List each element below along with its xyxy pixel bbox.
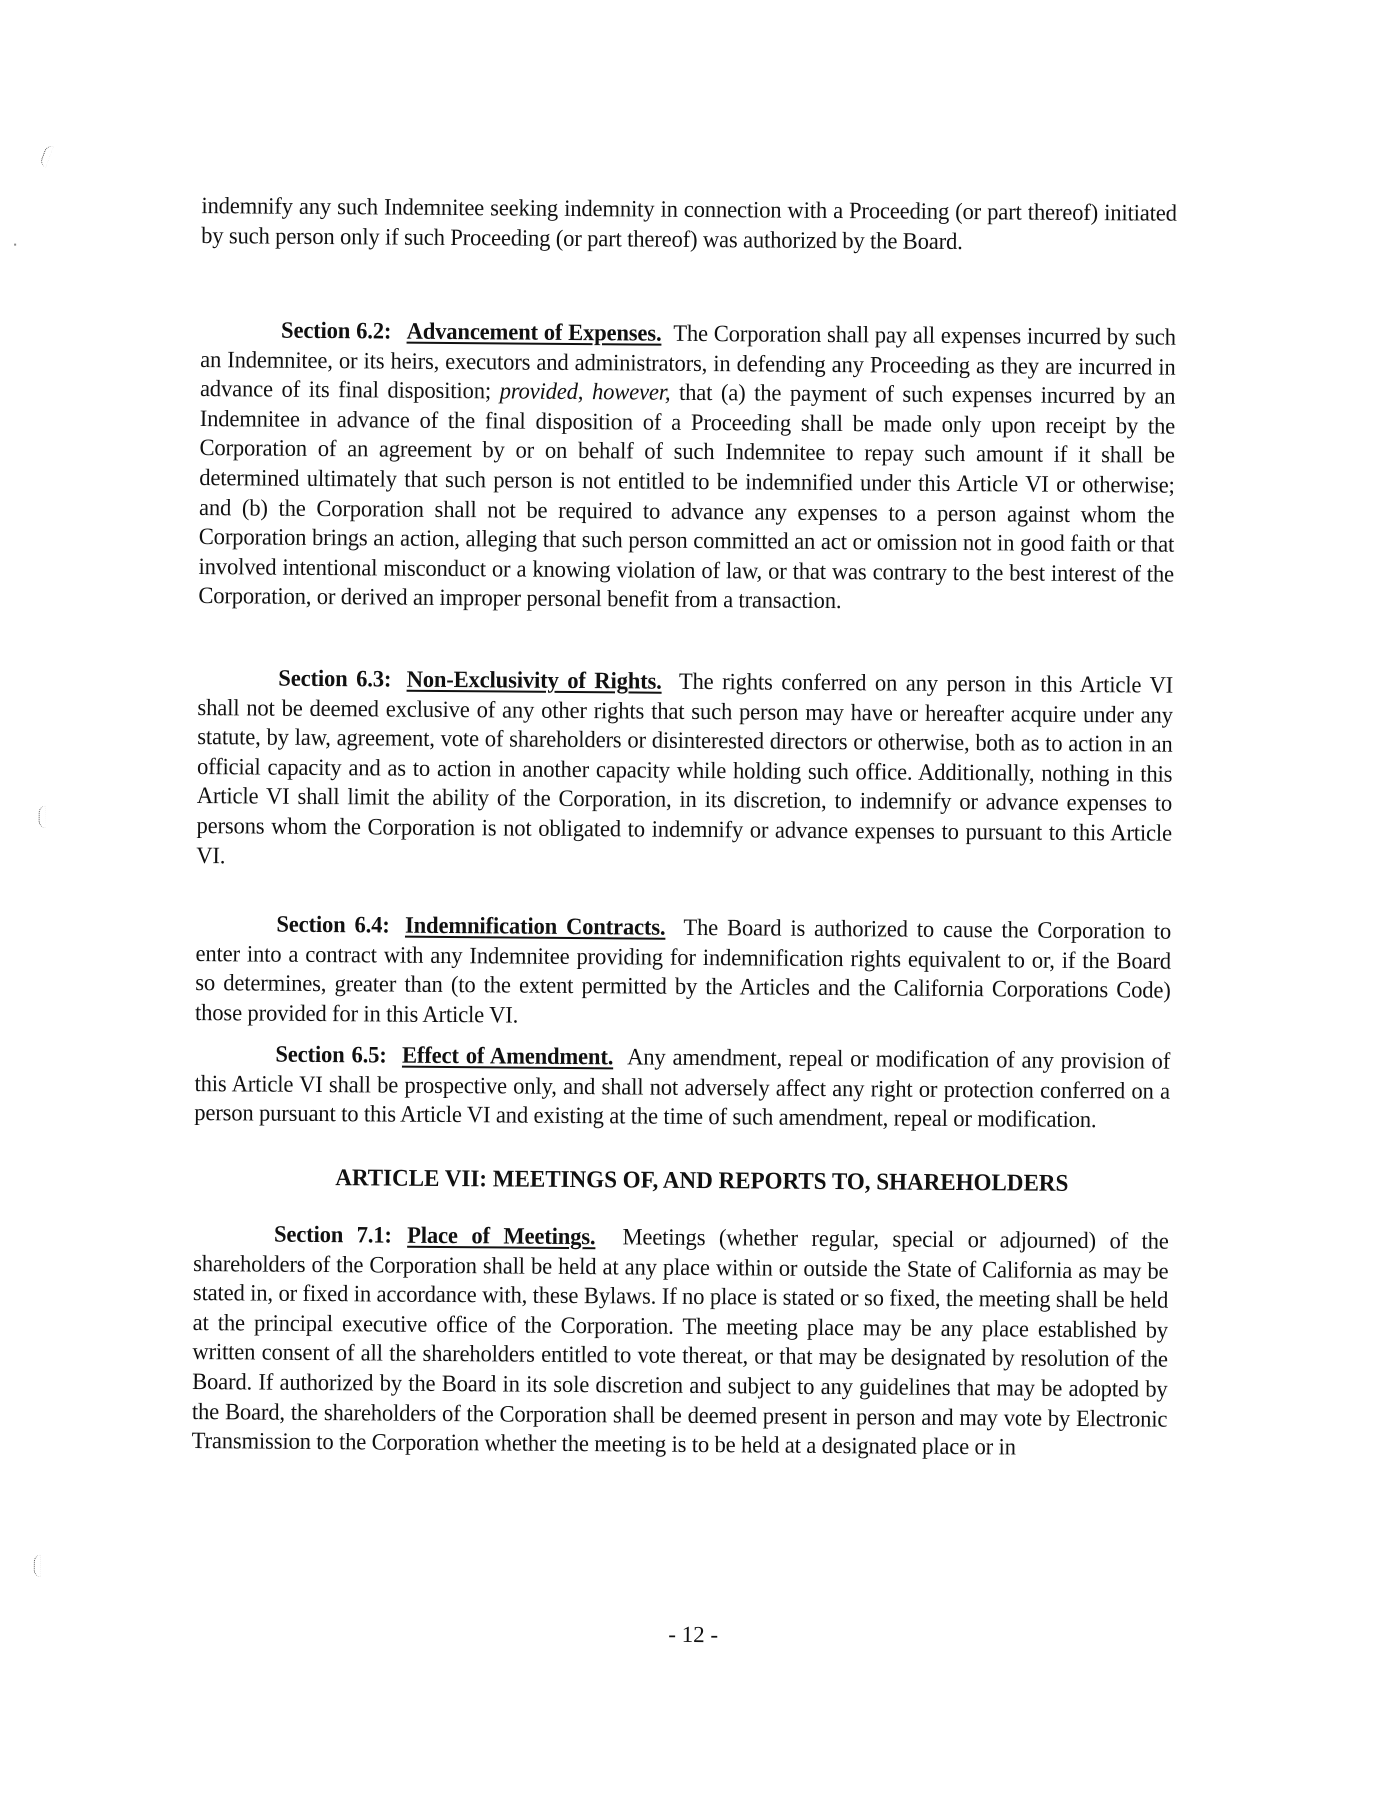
scan-margin-mark [39,806,46,828]
section-number: Section 7.1: [274,1222,392,1249]
section-6-2: Section 6.2:Advancement of Expenses. The… [198,316,1176,620]
section-body: The rights conferred on any person in th… [196,669,1173,869]
section-6-3: Section 6.3:Non-Exclusivity of Rights. T… [196,664,1173,879]
section-6-4: Section 6.4:Indemnification Contracts. T… [195,910,1171,1036]
scan-margin-mark [39,144,53,167]
section-title: Effect of Amendment. [402,1043,613,1071]
document-page: indemnify any such Indemnitee seeking in… [0,0,1398,1812]
page-number: - 12 - [0,1616,1392,1653]
section-body: Meetings (whether regular, special or ad… [192,1224,1169,1460]
section-title: Non-Exclusivity of Rights. [407,667,662,695]
section-body: that (a) the payment of such expenses in… [198,380,1175,614]
section-7-1: Section 7.1:Place of Meetings. Meetings … [192,1220,1169,1464]
continuation-paragraph: indemnify any such Indemnitee seeking in… [201,192,1177,259]
section-number: Section 6.5: [275,1042,386,1069]
section-number: Section 6.4: [276,912,389,939]
scan-speck [14,244,16,246]
article-heading: ARTICLE VII: MEETINGS OF, AND REPORTS TO… [214,1164,1190,1199]
section-number: Section 6.2: [281,318,391,345]
section-6-5: Section 6.5:Effect of Amendment. Any ame… [194,1040,1170,1136]
section-title: Place of Meetings. [407,1223,595,1250]
scan-margin-mark [34,1555,41,1577]
section-title: Indemnification Contracts. [405,913,666,941]
section-title: Advancement of Expenses. [407,319,662,347]
section-number: Section 6.3: [278,666,391,693]
section-body-italic: provided, however, [500,379,671,406]
